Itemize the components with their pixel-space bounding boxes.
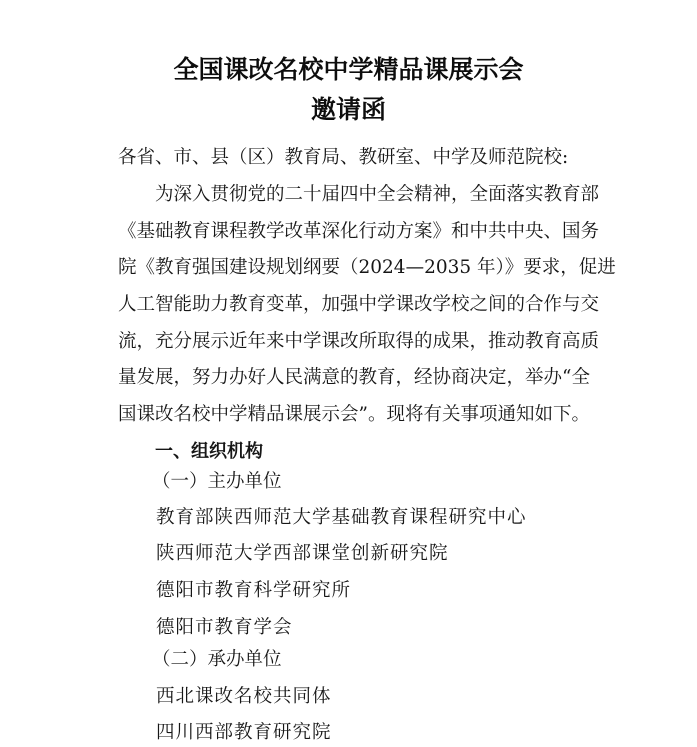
organizer-item: 四川西部教育研究院 (156, 721, 332, 745)
subsection-organizer-label: （二）承办单位 (152, 648, 282, 672)
host-item: 德阳市教育科学研究所 (156, 579, 351, 603)
body-line: 国课改名校中学精品课展示会”。现将有关事项通知如下。 (118, 403, 574, 427)
body-line: 为深入贯彻党的二十届四中全会精神，全面落实教育部 (155, 183, 599, 207)
body-line: 流，充分展示近年来中学课改所取得的成果，推动教育高质 (118, 330, 574, 354)
subsection-host-label: （一）主办单位 (152, 470, 282, 494)
document-title: 全国课改名校中学精品课展示会 (0, 50, 697, 86)
document-page: 全国课改名校中学精品课展示会 邀请函 各省、市、县（区）教育局、教研室、中学及师… (0, 0, 697, 747)
body-line: 量发展，努力办好人民满意的教育，经协商决定，举办“全 (118, 366, 574, 390)
host-item: 教育部陕西师范大学基础教育课程研究中心 (156, 506, 527, 530)
body-line: 人工智能助力教育变革，加强中学课改学校之间的合作与交 (118, 293, 574, 317)
body-line: 院《教育强国建设规划纲要（2024—2035 年）》要求，促进 (118, 256, 574, 280)
document-subtitle: 邀请函 (0, 90, 697, 126)
body-line: 《基础教育课程教学改革深化行动方案》和中共中央、国务 (118, 220, 574, 244)
host-item: 陕西师范大学西部课堂创新研究院 (156, 542, 449, 566)
salutation: 各省、市、县（区）教育局、教研室、中学及师范院校: (118, 146, 568, 170)
section-heading-organization: 一、组织机构 (155, 440, 263, 464)
host-item: 德阳市教育学会 (156, 616, 293, 640)
organizer-item: 西北课改名校共同体 (156, 685, 332, 709)
